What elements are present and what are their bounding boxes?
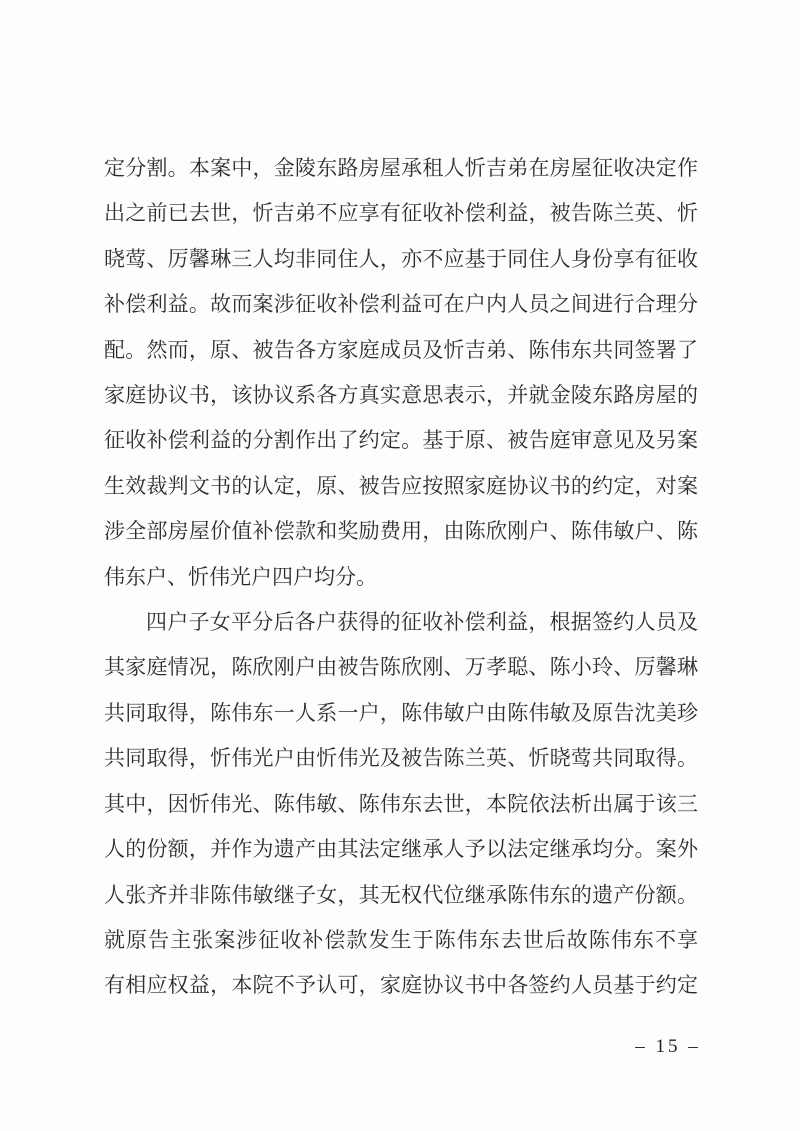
body-text: 定分割。本案中，金陵东路房屋承租人忻吉弟在房屋征收决定作 出之前已去世，忻吉弟不…: [104, 146, 698, 1009]
text-line: 出之前已去世，忻吉弟不应享有征收补偿利益，被告陈兰英、忻: [104, 191, 698, 236]
text-line: 生效裁判文书的认定，原、被告应按照家庭协议书的约定，对案: [104, 464, 698, 509]
text-line: 人的份额，并作为遗产由其法定继承人予以法定继承均分。案外: [104, 827, 698, 872]
text-line: 涉全部房屋价值补偿款和奖励费用，由陈欣刚户、陈伟敏户、陈: [104, 509, 698, 554]
paragraph-1: 定分割。本案中，金陵东路房屋承租人忻吉弟在房屋征收决定作 出之前已去世，忻吉弟不…: [104, 146, 698, 600]
text-line: 伟东户、忻伟光户四户均分。: [104, 555, 698, 600]
text-line: 有相应权益，本院不予认可，家庭协议书中各签约人员基于约定: [104, 963, 698, 1008]
text-line: 征收补偿利益的分割作出了约定。基于原、被告庭审意见及另案: [104, 418, 698, 463]
document-page: 定分割。本案中，金陵东路房屋承租人忻吉弟在房屋征收决定作 出之前已去世，忻吉弟不…: [0, 0, 800, 1131]
page-number: – 15 –: [628, 1036, 708, 1058]
text-line: 定分割。本案中，金陵东路房屋承租人忻吉弟在房屋征收决定作: [104, 146, 698, 191]
text-line: 补偿利益。故而案涉征收补偿利益可在户内人员之间进行合理分: [104, 282, 698, 327]
text-line: 配。然而，原、被告各方家庭成员及忻吉弟、陈伟东共同签署了: [104, 328, 698, 373]
text-line: 晓莺、厉馨琳三人均非同住人，亦不应基于同住人身份享有征收: [104, 237, 698, 282]
text-line: 共同取得，忻伟光户由忻伟光及被告陈兰英、忻晓莺共同取得。: [104, 736, 698, 781]
paragraph-2: 四户子女平分后各户获得的征收补偿利益，根据签约人员及 其家庭情况，陈欣刚户由被告…: [104, 600, 698, 1009]
text-line: 其家庭情况，陈欣刚户由被告陈欣刚、万孝聪、陈小玲、厉馨琳: [104, 645, 698, 690]
text-line: 四户子女平分后各户获得的征收补偿利益，根据签约人员及: [104, 600, 698, 645]
text-line: 共同取得，陈伟东一人系一户，陈伟敏户由陈伟敏及原告沈美珍: [104, 691, 698, 736]
text-line: 就原告主张案涉征收补偿款发生于陈伟东去世后故陈伟东不享: [104, 918, 698, 963]
text-line: 家庭协议书，该协议系各方真实意思表示，并就金陵东路房屋的: [104, 373, 698, 418]
text-line: 其中，因忻伟光、陈伟敏、陈伟东去世，本院依法析出属于该三: [104, 782, 698, 827]
text-line: 人张齐并非陈伟敏继子女，其无权代位继承陈伟东的遗产份额。: [104, 873, 698, 918]
